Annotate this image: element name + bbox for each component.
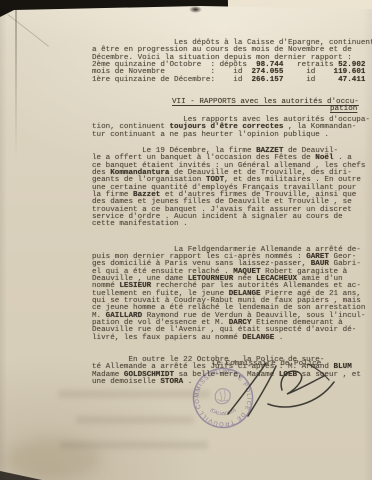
paragraph-relations-occupation: Les rapports avec les autorités d'occupa… <box>92 117 370 139</box>
section-heading-line2: pation <box>330 106 357 113</box>
signature-stroke <box>308 364 329 380</box>
paragraph-savings-deposits: Les dépôts à la Caisse d'Epargne, contin… <box>92 40 372 84</box>
signature-stroke <box>281 371 324 394</box>
paragraph-feldgendarmerie-arrests: La Feldgendarmerie Allemande a arrêté de… <box>92 247 365 342</box>
bleedthrough-mark <box>76 416 194 424</box>
signature-stroke <box>248 366 276 416</box>
bleedthrough-mark <box>60 441 208 449</box>
signature-stroke <box>268 382 334 407</box>
ink-spot <box>189 6 202 13</box>
signature-stroke <box>228 363 266 414</box>
paragraph-banquet: Le 19 Décembre, la firme BAZZET de Deauv… <box>92 148 365 229</box>
scanned-report-page: Les dépôts à la Caisse d'Epargne, contin… <box>0 0 372 480</box>
report-paper: Les dépôts à la Caisse d'Epargne, contin… <box>0 0 372 480</box>
handwritten-signature <box>180 352 355 427</box>
corner-crease <box>7 14 49 47</box>
fold-crease <box>15 10 17 160</box>
